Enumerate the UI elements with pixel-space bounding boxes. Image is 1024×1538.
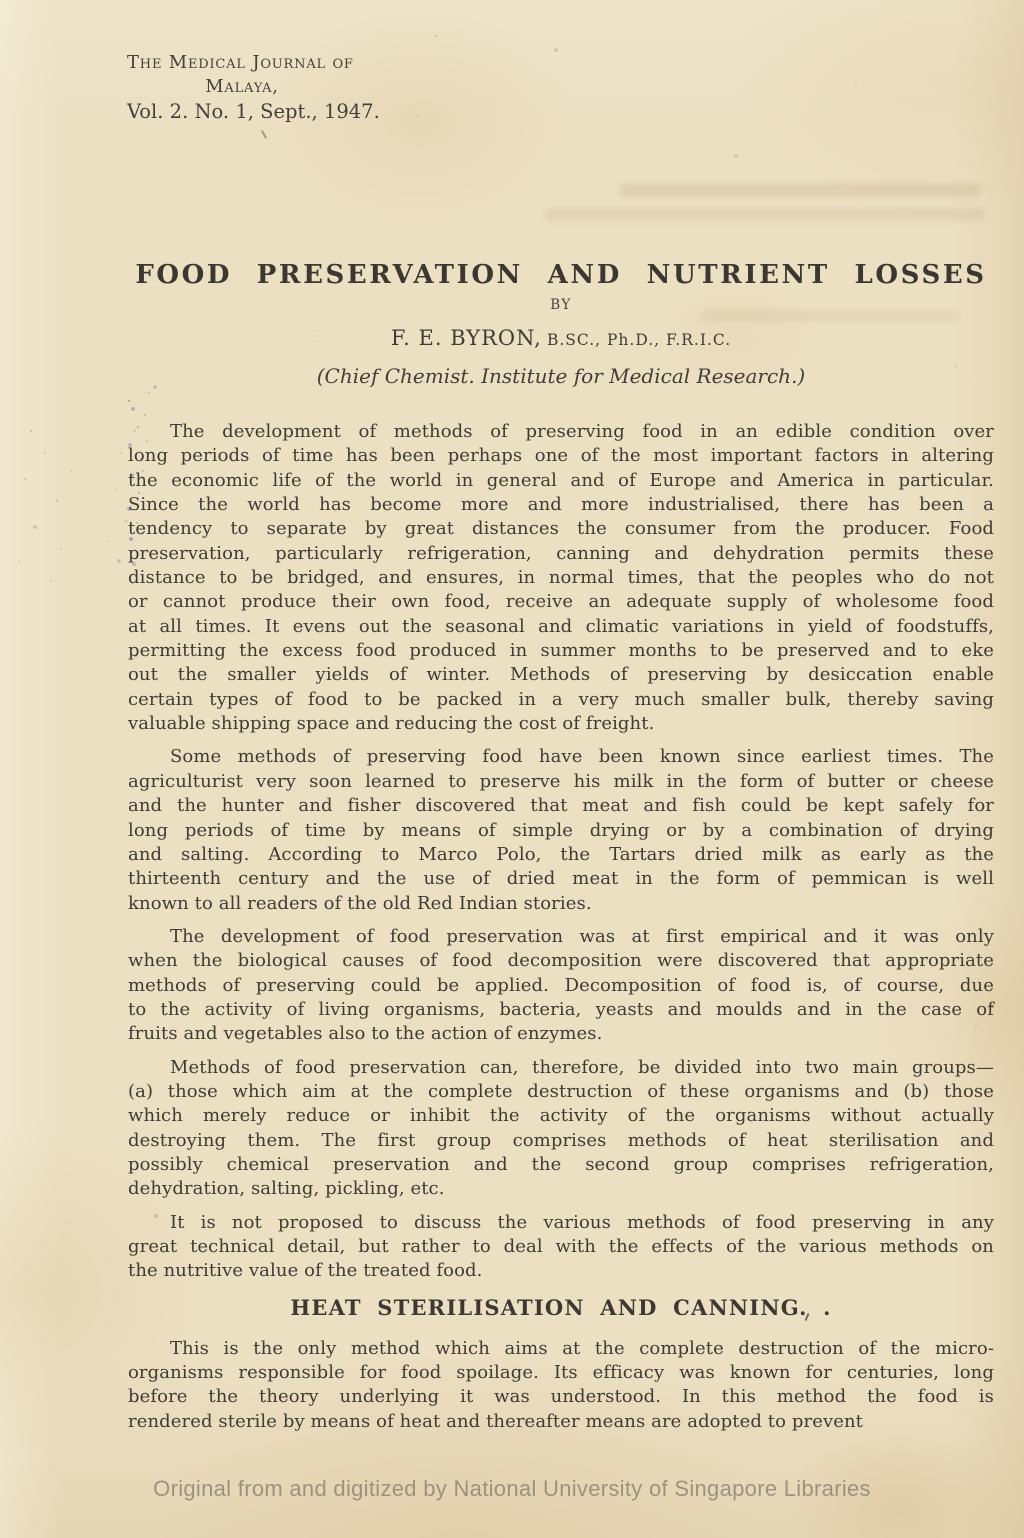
body-text-line: the nutritive value of the treated food. (128, 1259, 994, 1283)
body-text-line: agriculturist very soon learned to prese… (128, 770, 994, 794)
body-text-line: long periods of time has been perhaps on… (128, 444, 994, 468)
intro-paragraphs: The development of methods of preserving… (128, 420, 994, 1284)
body-text-line: The development of methods of preserving… (128, 420, 994, 444)
body-text-line: Methods of food preservation can, theref… (128, 1056, 994, 1080)
body-text-line: and the hunter and fisher discovered tha… (128, 794, 994, 818)
body-text-line: (a) those which aim at the complete dest… (128, 1080, 994, 1104)
paragraph: Methods of food preservation can, theref… (128, 1056, 994, 1202)
stray-pen-tick (261, 130, 267, 139)
body-text-line: The development of food preservation was… (128, 925, 994, 949)
margin-ink-specks (30, 430, 32, 432)
author-affiliation: (Chief Chemist. Institute for Medical Re… (128, 364, 994, 388)
article-title: FOOD PRESERVATION AND NUTRIENT LOSSES (128, 260, 994, 290)
body-text-line: the economic life of the world in genera… (128, 469, 994, 493)
author-credentials: B.SC., Ph.D., F.R.I.C. (547, 331, 731, 349)
body-text-line: It is not proposed to discuss the variou… (128, 1211, 994, 1235)
body-text-line: long periods of time by means of simple … (128, 819, 994, 843)
body-text-line: rendered sterile by means of heat and th… (128, 1410, 994, 1434)
body-text-line: permitting the excess food produced in s… (128, 639, 994, 663)
section-heading: HEAT STERILISATION AND CANNING. . (128, 1295, 994, 1320)
body-text-line: great technical detail, but rather to de… (128, 1235, 994, 1259)
purple-ink-smudge (128, 400, 130, 402)
body-text-line: distance to be bridged, and ensures, in … (128, 566, 994, 590)
paragraph: The development of food preservation was… (128, 925, 994, 1047)
body-text-line: before the theory underlying it was unde… (128, 1385, 994, 1409)
paragraph: It is not proposed to discuss the variou… (128, 1211, 994, 1284)
body-text-line: preservation, particularly refrigeration… (128, 542, 994, 566)
journal-name-line2: Malaya, (127, 76, 357, 97)
paragraph: Some methods of preserving food have bee… (128, 745, 994, 915)
paper-stain-specks (435, 35, 437, 37)
digitization-credit: Original from and digitized by National … (0, 1476, 1024, 1502)
article-body: The development of methods of preserving… (128, 420, 994, 1443)
body-text-line: known to all readers of the old Red Indi… (128, 892, 994, 916)
body-text-line: valuable shipping space and reducing the… (128, 712, 994, 736)
body-text-line: and salting. According to Marco Polo, th… (128, 843, 994, 867)
body-text-line: organisms responsible for food spoilage.… (128, 1361, 994, 1385)
body-text-line: methods of preserving could be applied. … (128, 974, 994, 998)
byline-label: BY (128, 297, 994, 313)
scanned-journal-page: The Medical Journal of Malaya, Vol. 2. N… (0, 0, 1024, 1538)
body-text-line: which merely reduce or inhibit the activ… (128, 1104, 994, 1128)
author-line: F. E. BYRON, B.SC., Ph.D., F.R.I.C. (128, 326, 994, 350)
body-text-line: to the activity of living organisms, bac… (128, 998, 994, 1022)
body-text-line: thirteenth century and the use of dried … (128, 867, 994, 891)
paragraph: The development of methods of preserving… (128, 420, 994, 736)
section-paragraphs: This is the only method which aims at th… (128, 1337, 994, 1434)
body-text-line: Some methods of preserving food have bee… (128, 745, 994, 769)
body-text-line: This is the only method which aims at th… (128, 1337, 994, 1361)
body-text-line: out the smaller yields of winter. Method… (128, 663, 994, 687)
body-text-line: dehydration, salting, pickling, etc. (128, 1177, 994, 1201)
body-text-line: destroying them. The first group compris… (128, 1129, 994, 1153)
paragraph: This is the only method which aims at th… (128, 1337, 994, 1434)
body-text-line: Since the world has become more and more… (128, 493, 994, 517)
body-text-line: or cannot produce their own food, receiv… (128, 590, 994, 614)
body-text-line: fruits and vegetables also to the action… (128, 1022, 994, 1046)
show-through-text (620, 183, 980, 197)
body-text-line: certain types of food to be packed in a … (128, 688, 994, 712)
journal-issue-info: Vol. 2. No. 1, Sept., 1947. (127, 100, 395, 123)
author-name: F. E. BYRON, (391, 326, 542, 350)
body-text-line: at all times. It evens out the seasonal … (128, 615, 994, 639)
body-text-line: possibly chemical preservation and the s… (128, 1153, 994, 1177)
journal-masthead: The Medical Journal of Malaya, Vol. 2. N… (127, 52, 395, 123)
body-text-line: when the biological causes of food decom… (128, 949, 994, 973)
journal-name-line1: The Medical Journal of (127, 52, 395, 73)
show-through-text (545, 208, 985, 221)
body-text-line: tendency to separate by great distances … (128, 517, 994, 541)
